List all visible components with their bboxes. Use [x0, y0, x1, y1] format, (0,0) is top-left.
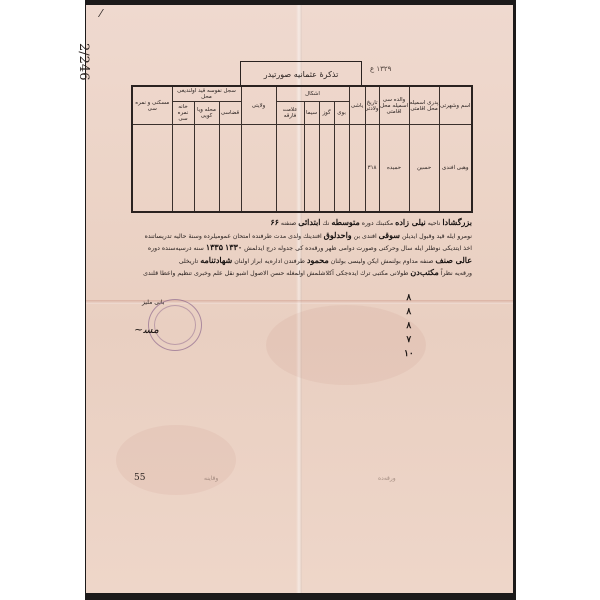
- col-father: پدری اسمیله محل اقامتی: [409, 86, 439, 125]
- body-line-4: عالی صنف صنفه مداوم بولنمش ایکن ولیسی بو…: [132, 255, 472, 268]
- cell-house: [172, 125, 194, 213]
- group-registry: سجل نفوسه قید اولندیغی محل: [172, 86, 241, 102]
- body-line-5: ورقه‌یه نظراً مکتب‌دن طولانی مکتبی ترك ا…: [132, 267, 472, 280]
- paper-stain: [266, 305, 426, 385]
- col-birth: تاریخ ولادتی: [365, 86, 379, 125]
- header-row-group: اسم وشهرتی پدری اسمیله محل اقامتی والده …: [132, 86, 472, 102]
- col-mother: والده سی اسمیله محل اقامتی: [379, 86, 409, 125]
- body-line-3: اخذ ایتدیکی نوطلر ایله سال وحرکتی وصورت …: [132, 242, 472, 255]
- cell-district: [219, 125, 241, 213]
- paper-stain: [116, 425, 236, 495]
- faint-text-right: ورقه‌ده: [378, 475, 396, 482]
- col-skin: سیما: [304, 102, 319, 125]
- table-row: وهبی افندی حسین حمیده ۳۱۸: [132, 125, 472, 213]
- corner-mark: ⁄: [100, 7, 102, 20]
- col-eye: گوز: [319, 102, 334, 125]
- col-marks: علامت فارقه: [276, 102, 304, 125]
- seal-inner-ring: [154, 305, 196, 345]
- cell-neighborhood: [194, 125, 219, 213]
- cell-province: [241, 125, 276, 213]
- cell-eye: [319, 125, 334, 213]
- col-province: ولایتی: [241, 86, 276, 125]
- col-age: یاشی: [349, 86, 365, 125]
- cell-marks: [276, 125, 304, 213]
- cell-height: [334, 125, 349, 213]
- signature: ~ﻣﺴ: [134, 323, 159, 336]
- col-residence: مسکنی و نمره سی: [132, 86, 172, 125]
- cell-residence: [132, 125, 172, 213]
- body-line-1: بزرگشادا ناحیه نیلی زاده مکتبنك دوره متو…: [132, 217, 472, 230]
- date-note: ۱۳۲۹ ع: [370, 65, 391, 73]
- col-district: قضاسی: [219, 102, 241, 125]
- cell-mother: حمیده: [379, 125, 409, 213]
- col-height: بوی: [334, 102, 349, 125]
- register-table: اسم وشهرتی پدری اسمیله محل اقامتی والده …: [131, 85, 473, 213]
- document-title: تذكرهٔ عثمانیه صورتیدر: [240, 61, 362, 86]
- cell-father: حسین: [409, 125, 439, 213]
- cell-name: وهبی افندی: [439, 125, 472, 213]
- body-text: بزرگشادا ناحیه نیلی زاده مکتبنك دوره متو…: [132, 217, 472, 280]
- margin-note: 2/246: [76, 43, 91, 80]
- document-paper: ⁄ 2/246 ۱۳۲۹ ع تذكرهٔ عثمانیه صورتیدر اس…: [86, 5, 513, 593]
- col-neighborhood: محله ویا کویی: [194, 102, 219, 125]
- faint-text-left: وقاینه: [204, 475, 218, 482]
- cell-age: [349, 125, 365, 213]
- cell-skin: [304, 125, 319, 213]
- col-house: خانه نمره سی: [172, 102, 194, 125]
- cell-birth: ۳۱۸: [365, 125, 379, 213]
- col-name: اسم وشهرتی: [439, 86, 472, 125]
- body-line-2: نومرو ایله قید وقبول ایدیلن سوقی افندی ب…: [132, 230, 472, 243]
- group-features: اشکال: [276, 86, 349, 102]
- side-numbers: ۸ ۸ ۸ ۷ ۱۰: [404, 291, 414, 361]
- bottom-number: 55: [134, 473, 145, 483]
